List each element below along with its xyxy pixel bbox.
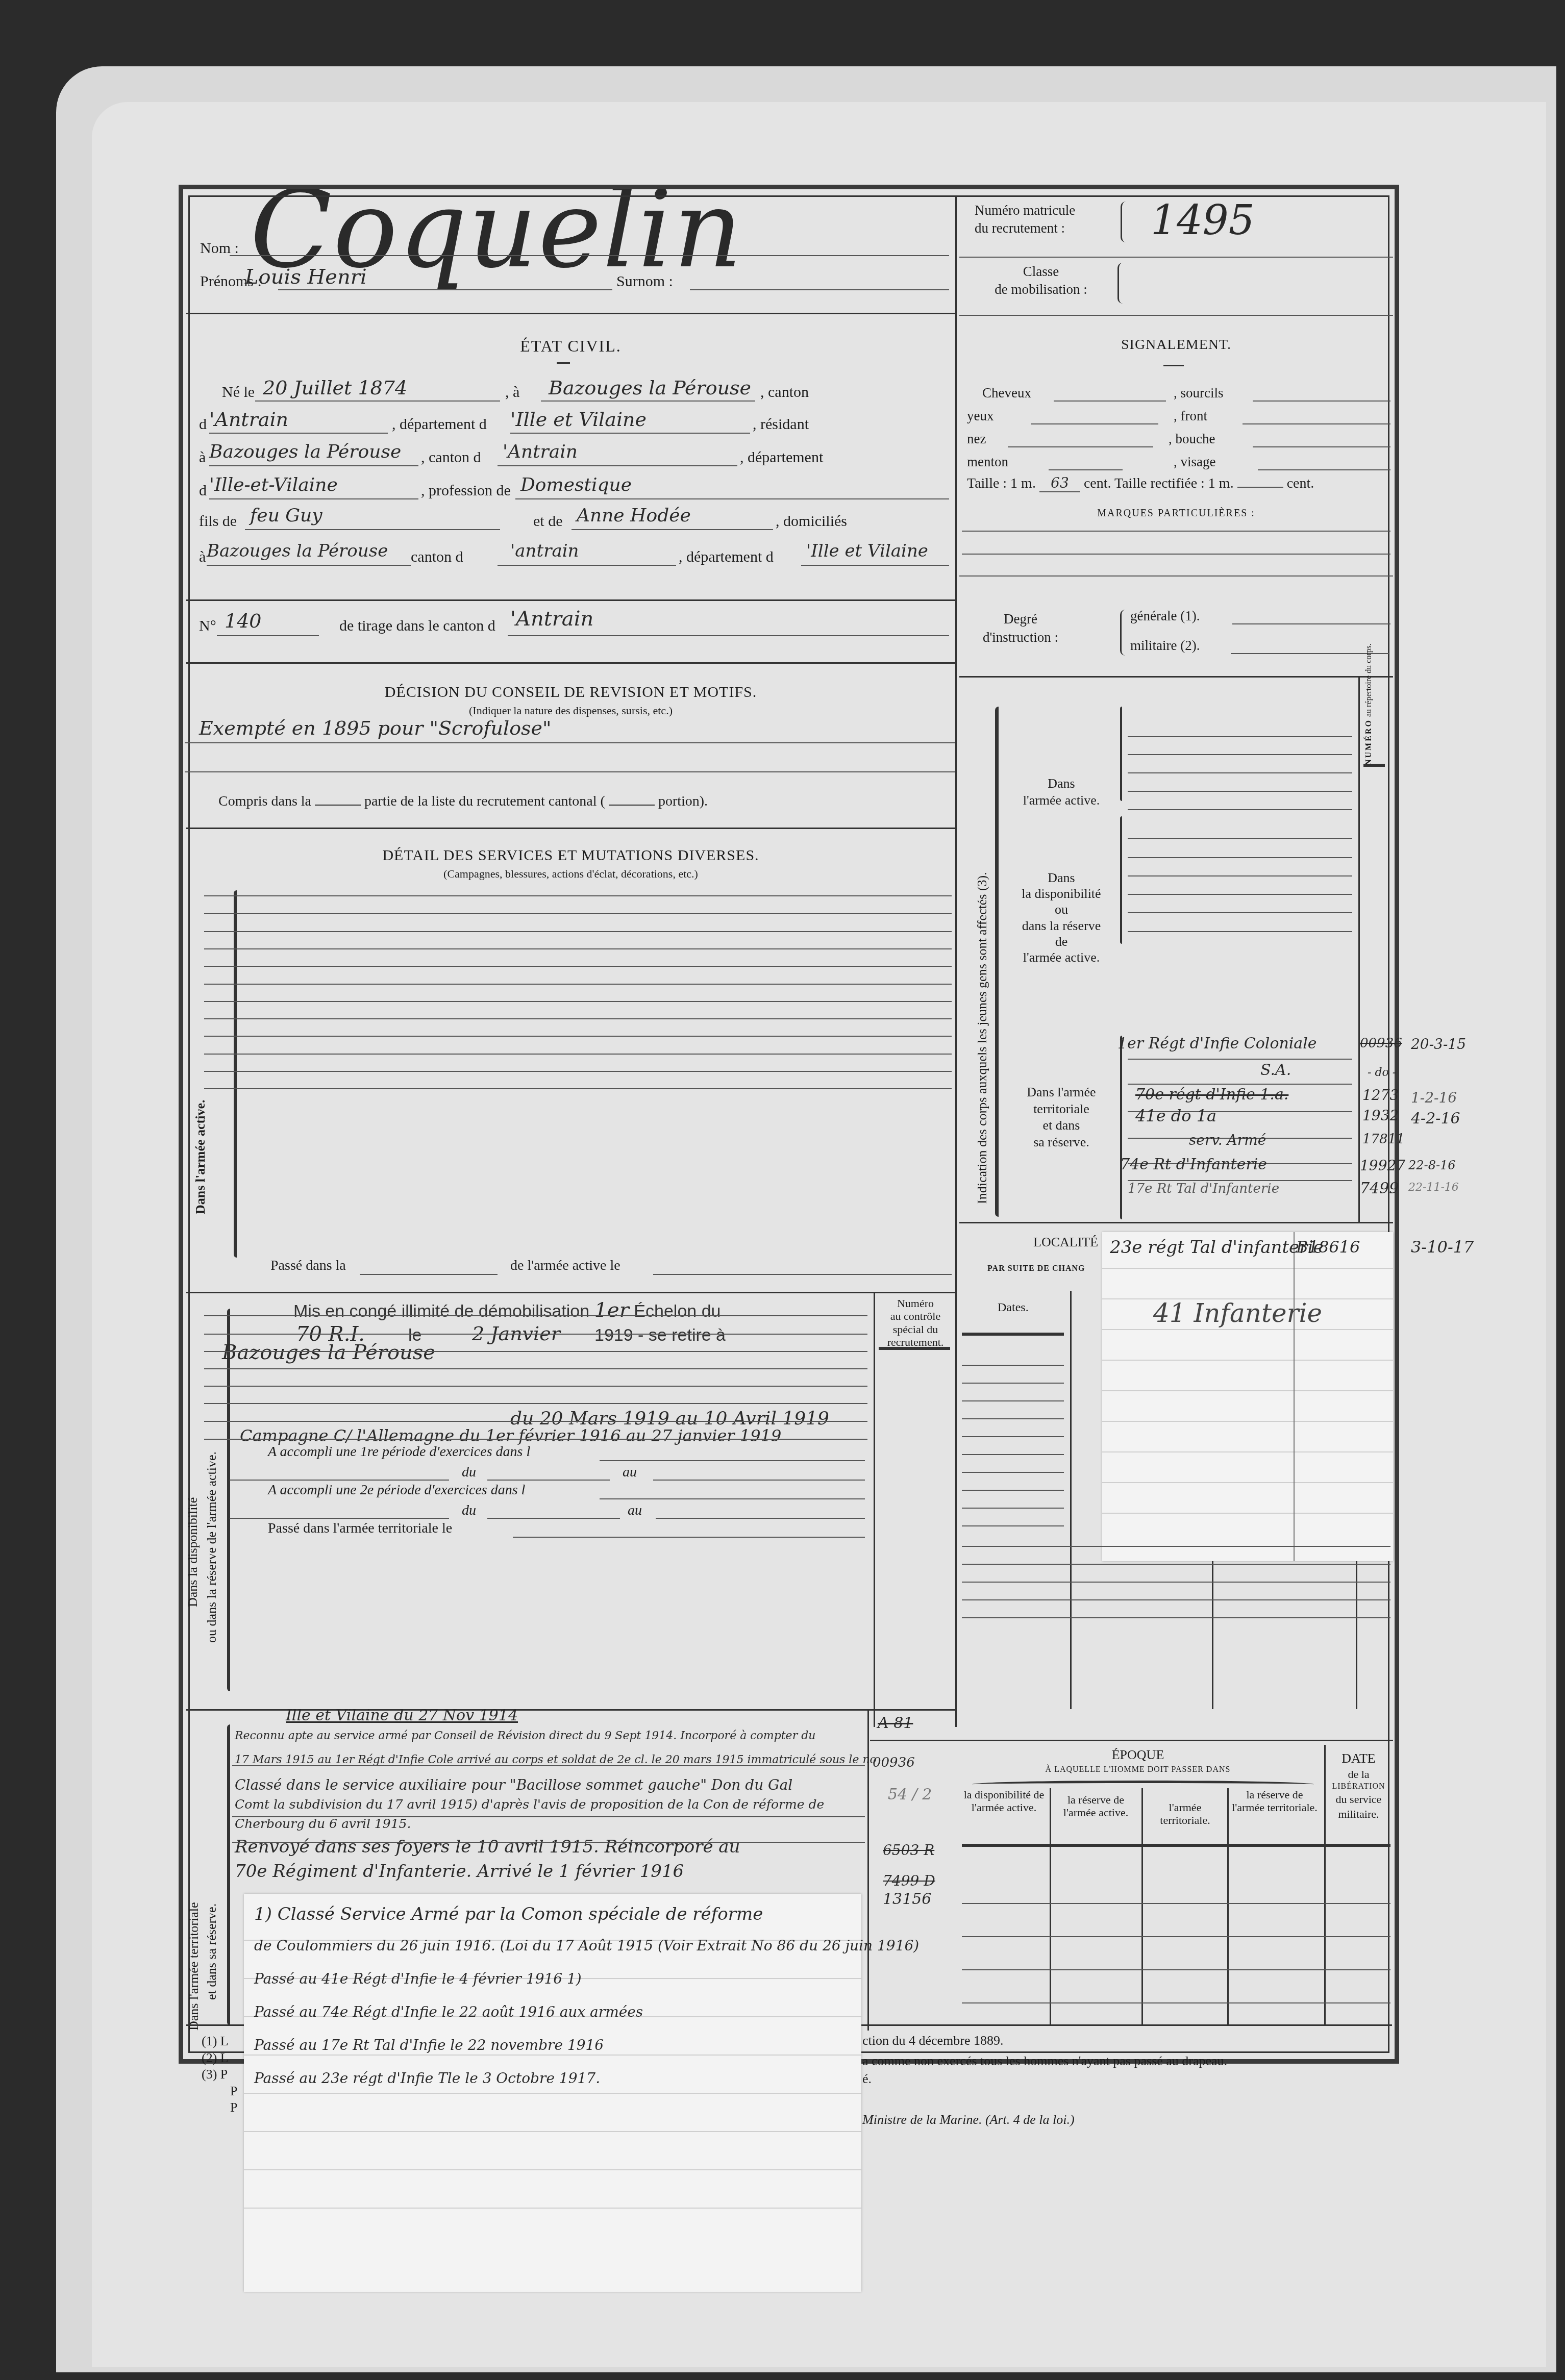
territoriale-line bbox=[232, 1765, 865, 1766]
corps-active-line bbox=[1128, 809, 1352, 810]
numero-repertoire-rule bbox=[1363, 764, 1385, 767]
cheveux-label: Cheveux bbox=[982, 385, 1031, 401]
departement-underline bbox=[510, 433, 750, 434]
numero-controle-header-line: Numéro bbox=[877, 1297, 954, 1310]
services-line bbox=[204, 1071, 952, 1072]
periode1-au-value bbox=[653, 1480, 865, 1481]
residant-canton-value: 'Antrain bbox=[503, 441, 578, 462]
slip-rule bbox=[1102, 1482, 1393, 1483]
stamp-lieu: Bazouges la Pérouse bbox=[222, 1341, 435, 1364]
date-liberation-line: du service bbox=[1327, 1792, 1390, 1807]
epoque-row-line bbox=[962, 1903, 1390, 1904]
footnote-markers: (1) L (2) L (3) P P P bbox=[202, 2033, 237, 2116]
margin-number: 13156 bbox=[883, 1890, 931, 1908]
corps-dispo-line bbox=[1128, 875, 1352, 876]
residant-value: Bazouges la Pérouse bbox=[209, 441, 401, 462]
corps-label-line: l'armée active. bbox=[1003, 792, 1120, 809]
slip-entry-41e: Passé au 41e Régt d'Infie le 4 février 1… bbox=[254, 1970, 582, 1987]
territoriale-side-label-1: Dans l'armée territoriale bbox=[186, 1755, 202, 2031]
numero-controle-header-line: spécial du bbox=[877, 1323, 954, 1336]
services-line bbox=[204, 1018, 952, 1019]
epoque-col-divider bbox=[1227, 1788, 1229, 2025]
tirage-canton-value: 'Antrain bbox=[510, 607, 593, 631]
date-liberation-line: DATE bbox=[1327, 1750, 1390, 1767]
decision-line-1 bbox=[185, 742, 955, 743]
compris-text: Compris dans la partie de la liste du re… bbox=[218, 793, 708, 810]
matricule-divider bbox=[959, 257, 1393, 258]
slip-rule bbox=[1102, 1513, 1393, 1514]
dispo-line bbox=[204, 1439, 867, 1440]
mere-underline bbox=[572, 529, 773, 530]
localite-row-line bbox=[962, 1383, 1064, 1384]
sourcils-label: , sourcils bbox=[1174, 385, 1224, 401]
date-liberation-line: LIBÉRATION bbox=[1327, 1782, 1390, 1792]
mere-value: Anne Hodée bbox=[577, 505, 691, 526]
disponibilite-side-label-2: ou dans la réserve de l'armée active. bbox=[204, 1337, 219, 1643]
corps-label-line: ou bbox=[1003, 901, 1120, 917]
bouche-underline bbox=[1253, 446, 1390, 447]
slip-rule bbox=[1102, 1421, 1393, 1422]
slip-rule bbox=[1102, 1451, 1393, 1452]
departement-value: 'Ille et Vilaine bbox=[510, 408, 647, 431]
epoque-row-line bbox=[962, 1936, 1390, 1937]
taille-cent-label: cent. bbox=[1084, 475, 1111, 491]
profession-label: , profession de bbox=[421, 482, 511, 499]
compris-part3: portion). bbox=[658, 793, 708, 809]
localite-row-line bbox=[962, 1400, 1064, 1401]
localite-row-line bbox=[962, 1525, 1064, 1526]
footnote-marker: (2) L bbox=[202, 2050, 237, 2067]
localite-row-line bbox=[962, 1436, 1064, 1437]
corps-row-numero: 19927 bbox=[1360, 1157, 1405, 1174]
slip-rule bbox=[1102, 1390, 1393, 1391]
epoque-date-divider bbox=[1324, 1745, 1326, 2025]
epoque-col-disponibilite: la disponibilité de l'armée active. bbox=[959, 1788, 1049, 1814]
periode1-underline bbox=[600, 1460, 865, 1461]
compris-part2: partie de la liste du recrutement canton… bbox=[364, 793, 605, 809]
slip-column-divider bbox=[1294, 1232, 1295, 1561]
footnotes-top-divider bbox=[186, 2024, 244, 2026]
periode2-label: A accompli une 2e période d'exercices da… bbox=[268, 1482, 525, 1498]
corps-row-numero: 17811 bbox=[1362, 1132, 1405, 1147]
corps-row-name: 17e Rt Tal d'Infanterie bbox=[1128, 1181, 1279, 1196]
corps-label-line: sa réserve. bbox=[1003, 1134, 1120, 1151]
matricule-label: Numéro matricule du recrutement : bbox=[975, 202, 1075, 237]
territoriale-entry: Comt la subdivision du 17 avril 1915) d'… bbox=[235, 1797, 824, 1812]
ne-le-label: Né le bbox=[222, 384, 255, 401]
prenoms-underline bbox=[278, 289, 612, 290]
canton-label: , canton bbox=[760, 384, 809, 401]
footnote-line-1: ction du 4 décembre 1889. bbox=[862, 2033, 1004, 2048]
passe-territoriale-label: Passé dans l'armée territoriale le bbox=[268, 1520, 452, 1537]
localite-row-line bbox=[962, 1617, 1390, 1618]
canton-value: 'Antrain bbox=[209, 408, 288, 431]
services-title: DÉTAIL DES SERVICES ET MUTATIONS DIVERSE… bbox=[186, 847, 955, 864]
residant-underline bbox=[209, 465, 418, 466]
et-de-label: et de bbox=[533, 513, 562, 530]
residant-prefix: à bbox=[199, 449, 206, 466]
taille-rectifiee-blank bbox=[1237, 487, 1283, 488]
periode2-du: du bbox=[462, 1502, 476, 1519]
localite-dates-rule bbox=[962, 1333, 1064, 1336]
numero-controle-header-line: au contrôle bbox=[877, 1310, 954, 1322]
territoriale-entry: Cherbourg du 6 avril 1915. bbox=[235, 1816, 411, 1831]
margin-number: 54 / 2 bbox=[888, 1786, 932, 1803]
slip-numero-23: B18616 bbox=[1296, 1237, 1360, 1257]
corps-row-date: 1-2-16 bbox=[1411, 1089, 1457, 1106]
footnote-line-3: é. bbox=[862, 2071, 872, 2087]
date-liberation-header: DATE de la LIBÉRATION du service militai… bbox=[1327, 1750, 1390, 1821]
services-line bbox=[204, 913, 952, 914]
nez-underline bbox=[1008, 446, 1153, 447]
corps-affectes-outer-brace bbox=[995, 707, 999, 1217]
stamp-text-1: Mis en congé illimité de démobilisation bbox=[293, 1301, 589, 1321]
services-line bbox=[204, 1001, 952, 1002]
sourcils-underline bbox=[1253, 400, 1390, 402]
decision-subtitle: (Indiquer la nature des dispenses, sursi… bbox=[186, 704, 955, 717]
periode2-du-value bbox=[487, 1518, 620, 1519]
stamp-echelon: 1er bbox=[594, 1298, 629, 1322]
etat-civil-bottom-divider bbox=[186, 599, 955, 601]
corps-row-name: 74e Rt d'Infanterie bbox=[1120, 1156, 1267, 1173]
front-underline bbox=[1243, 423, 1390, 424]
services-line bbox=[204, 895, 952, 896]
yeux-underline bbox=[1031, 423, 1158, 424]
periode1-au: au bbox=[623, 1464, 637, 1481]
instruction-label: Degré d'instruction : bbox=[970, 610, 1072, 647]
services-line bbox=[204, 948, 952, 949]
corps-active-line bbox=[1128, 736, 1352, 737]
taille-value: 63 bbox=[1039, 474, 1080, 492]
compris-blank-1 bbox=[315, 805, 361, 806]
disponibilite-brace bbox=[227, 1309, 230, 1691]
epoque-col-territoriale: l'armée territoriale. bbox=[1143, 1801, 1227, 1827]
corps-dispo-line bbox=[1128, 894, 1352, 895]
corps-disponibilite-label: Dans la disponibilité ou dans la réserve… bbox=[1003, 870, 1120, 965]
margin-number: 6503 R bbox=[883, 1842, 934, 1859]
tirage-bottom-divider bbox=[186, 662, 955, 664]
residant-dept-value: 'Ille-et-Vilaine bbox=[209, 474, 338, 495]
taille-line: Taille : 1 m. 63 cent. Taille rectifiée … bbox=[967, 474, 1314, 492]
bouche-label: , bouche bbox=[1169, 431, 1215, 447]
corps-row-name: 41e do 1a bbox=[1135, 1106, 1216, 1125]
domicile-canton-underline bbox=[498, 565, 676, 566]
dispo-line bbox=[204, 1334, 867, 1335]
corps-row-name: S.A. bbox=[1260, 1061, 1291, 1079]
marques-line bbox=[962, 554, 1390, 555]
residant-dept-underline bbox=[209, 498, 418, 499]
decision-line-2 bbox=[185, 771, 955, 772]
corps-active-label: Dans l'armée active. bbox=[1003, 775, 1120, 809]
corps-territoriale-brace bbox=[1120, 1036, 1122, 1219]
territoriale-entry: Classé dans le service auxiliaire pour "… bbox=[235, 1776, 792, 1793]
margin-number: 00936 bbox=[873, 1755, 915, 1770]
matricule-value: 1495 bbox=[1151, 196, 1255, 244]
footnote-line-5: Ministre de la Marine. (Art. 4 de la loi… bbox=[862, 2112, 1075, 2127]
localite-dates-divider bbox=[1070, 1291, 1072, 1709]
domicile-value: Bazouges la Pérouse bbox=[207, 541, 388, 561]
corps-label-line: la disponibilité bbox=[1003, 886, 1120, 901]
taille-label: Taille : 1 m. bbox=[967, 475, 1036, 491]
instruction-divider bbox=[959, 676, 1393, 678]
demobilisation-stamp: Mis en congé illimité de démobilisation … bbox=[293, 1298, 721, 1322]
corps-row-numero: 1932 bbox=[1362, 1107, 1399, 1124]
corps-row-numero: 1273 bbox=[1362, 1087, 1399, 1104]
a-label: , à bbox=[505, 384, 519, 401]
corps-row-numero: 00936 bbox=[1360, 1036, 1402, 1051]
services-line bbox=[204, 931, 952, 932]
corps-label-line: Dans bbox=[1003, 775, 1120, 792]
passe-territoriale-underline bbox=[513, 1537, 865, 1538]
corps-label-line: dans la réserve bbox=[1003, 918, 1120, 934]
periode2-au: au bbox=[628, 1502, 642, 1519]
numero-controle-header-rule bbox=[879, 1347, 950, 1350]
dispo-line bbox=[204, 1351, 867, 1352]
localite-row-line bbox=[962, 1546, 1390, 1547]
services-line bbox=[204, 984, 952, 985]
territoriale-entry: Reconnu apte au service armé par Conseil… bbox=[235, 1730, 815, 1742]
footnote-marker: P bbox=[202, 2083, 237, 2100]
yeux-label: yeux bbox=[967, 408, 993, 424]
slip-rule bbox=[244, 2208, 861, 2209]
instruction-generale-label: générale (1). bbox=[1130, 608, 1200, 624]
corps-row-numero: - do - bbox=[1368, 1066, 1396, 1079]
slip-rule bbox=[1102, 1268, 1393, 1269]
corps-active-line bbox=[1128, 772, 1352, 773]
slip-rule bbox=[244, 2055, 861, 2056]
corps-label-line: de bbox=[1003, 934, 1120, 949]
slip-rule bbox=[1102, 1360, 1393, 1361]
numero-repertoire-header: NUMÉRO au répertoire du corps. bbox=[1363, 679, 1375, 765]
instruction-militaire-label: militaire (2). bbox=[1130, 638, 1200, 654]
localite-col-divider bbox=[1356, 1561, 1357, 1709]
nez-label: nez bbox=[967, 431, 986, 447]
services-line bbox=[204, 966, 952, 967]
dispo-line bbox=[204, 1315, 867, 1316]
ne-le-underline bbox=[255, 400, 500, 402]
menton-underline bbox=[1049, 469, 1123, 470]
numero-controle-header: Numéro au contrôle spécial du recrutemen… bbox=[877, 1297, 954, 1348]
classe-label-line: de mobilisation : bbox=[970, 281, 1112, 298]
menton-label: menton bbox=[967, 454, 1008, 470]
dispo-line bbox=[204, 1403, 867, 1404]
localite-row-line bbox=[962, 1418, 1064, 1419]
classe-brace bbox=[1117, 263, 1123, 304]
tirage-canton-label: de tirage dans le canton d bbox=[339, 617, 495, 635]
localite-row-line bbox=[962, 1508, 1064, 1509]
nom-label: Nom : bbox=[200, 240, 239, 257]
surnom-label: Surnom : bbox=[616, 273, 673, 290]
taille-rectifiee-label: Taille rectifiée : 1 m. bbox=[1114, 475, 1234, 491]
territoriale-entry: 17 Mars 1915 au 1er Régt d'Infie Cole ar… bbox=[235, 1753, 877, 1766]
corps-row-date: 22-8-16 bbox=[1408, 1158, 1456, 1172]
periode1-du: du bbox=[462, 1464, 476, 1481]
visage-underline bbox=[1258, 469, 1390, 470]
prenoms-value: Louis Henri bbox=[245, 265, 367, 289]
corps-row-line bbox=[1128, 1084, 1352, 1085]
cheveux-underline bbox=[1054, 400, 1166, 402]
corps-affectes-bottom-divider bbox=[959, 1222, 1393, 1223]
epoque-title: ÉPOQUE bbox=[959, 1747, 1316, 1763]
numero-repertoire-header-2: au répertoire du corps. bbox=[1364, 643, 1373, 717]
profession-value: Domestique bbox=[520, 474, 632, 495]
corps-row-line bbox=[1128, 1059, 1352, 1060]
dispo-line bbox=[204, 1368, 867, 1369]
corps-dispo-line bbox=[1128, 912, 1352, 913]
corps-active-brace bbox=[1120, 707, 1122, 801]
signalement-rule bbox=[1163, 365, 1184, 366]
instruction-brace bbox=[1120, 610, 1126, 656]
lieu-naissance-underline bbox=[541, 400, 755, 402]
tirage-numero-underline bbox=[217, 635, 319, 636]
marques-label: MARQUES PARTICULIÈRES : bbox=[959, 508, 1393, 519]
services-active-side-label: Dans l'armée active. bbox=[193, 1010, 208, 1214]
visage-label: , visage bbox=[1174, 454, 1215, 470]
passe-dans-la-label: Passé dans la bbox=[270, 1258, 346, 1274]
numero-repertoire-divider bbox=[1358, 676, 1360, 1222]
localite-row-line bbox=[962, 1472, 1064, 1473]
residant-dept-prefix: d bbox=[199, 482, 207, 499]
localite-dates-header: Dates. bbox=[998, 1301, 1029, 1315]
corps-dispo-line bbox=[1128, 857, 1352, 858]
epoque-header-rule bbox=[962, 1844, 1390, 1847]
classe-label-line: Classe bbox=[970, 263, 1112, 281]
corps-disponibilite-brace bbox=[1120, 816, 1122, 944]
etat-civil-title: ÉTAT CIVIL. bbox=[186, 337, 955, 356]
canton-prefix: d bbox=[199, 416, 207, 433]
matricule-brace bbox=[1121, 202, 1126, 242]
epoque-row-line bbox=[962, 2002, 1390, 2003]
slip-rule bbox=[1102, 1329, 1393, 1330]
periode1-du-value bbox=[487, 1480, 610, 1481]
matricule-label-line: Numéro matricule bbox=[975, 202, 1075, 219]
slip-entry-74e: Passé au 74e Régt d'Infie le 22 août 191… bbox=[254, 2003, 643, 2020]
periode2-du-blank bbox=[230, 1518, 449, 1519]
surnom-underline bbox=[690, 289, 949, 290]
canton-underline bbox=[209, 433, 388, 434]
instruction-generale-underline bbox=[1232, 623, 1390, 624]
residant-label: , résidant bbox=[753, 416, 809, 433]
services-line bbox=[204, 1036, 952, 1037]
corps-row-name: serv. Armé bbox=[1189, 1132, 1266, 1148]
slip-41-infanterie: 41 Infanterie bbox=[1153, 1298, 1322, 1328]
localite-subtitle: PAR SUITE DE CHANG bbox=[987, 1264, 1085, 1273]
passe-dans-la-underline bbox=[360, 1274, 498, 1275]
corps-active-line bbox=[1128, 754, 1352, 755]
periode1-label: A accompli une 1re période d'exercices d… bbox=[268, 1444, 530, 1460]
residant-canton-label: , canton d bbox=[421, 449, 481, 466]
footnote-line-2: a comme non exercés tous les hommes n'ay… bbox=[862, 2053, 1227, 2069]
pasted-slip-right: 23e régt Tal d'infanterie B18616 41 Infa… bbox=[1102, 1232, 1393, 1561]
stamp-text-1b: Échelon du bbox=[634, 1301, 721, 1321]
footnote-marker: (1) L bbox=[202, 2033, 237, 2050]
identity-divider bbox=[186, 313, 955, 314]
periode2-au-value bbox=[656, 1518, 865, 1519]
residant-canton-underline bbox=[498, 465, 737, 466]
slip-rule bbox=[244, 2131, 861, 2132]
corps-affectes-side-label: Indication des corps auxquels les jeunes… bbox=[975, 724, 990, 1204]
corps-active-line bbox=[1128, 791, 1352, 792]
margin-number: A 81 bbox=[878, 1714, 913, 1732]
dispo-line bbox=[204, 1421, 867, 1422]
marques-divider bbox=[959, 575, 1393, 577]
localite-row-line bbox=[962, 1365, 1064, 1366]
nom-underline bbox=[230, 255, 949, 256]
services-line bbox=[204, 1054, 952, 1055]
territoriale-brace bbox=[227, 1724, 230, 2025]
localite-row-line bbox=[962, 1564, 1390, 1565]
corps-row-numero: 7499 bbox=[1360, 1180, 1399, 1197]
corps-territoriale-label: Dans l'armée territoriale et dans sa rés… bbox=[1003, 1084, 1120, 1150]
classe-divider bbox=[959, 315, 1393, 316]
pere-value: feu Guy bbox=[250, 505, 322, 526]
tirage-numero-value: 140 bbox=[225, 610, 262, 632]
footnote-marker: P bbox=[202, 2099, 237, 2116]
corps-row-date: 4-2-16 bbox=[1411, 1110, 1460, 1128]
services-bottom-divider bbox=[186, 1292, 955, 1293]
slip-entry-17e: Passé au 17e Rt Tal d'Infie le 22 novemb… bbox=[254, 2037, 604, 2053]
slip-regiment-23: 23e régt Tal d'infanterie bbox=[1110, 1237, 1323, 1258]
tirage-numero-label: N° bbox=[199, 617, 216, 635]
slip-entry-classe-arme: 1) Classé Service Armé par la Comon spéc… bbox=[254, 1904, 763, 1924]
profession-underline bbox=[515, 498, 949, 499]
epoque-brace bbox=[972, 1781, 1314, 1788]
main-column-divider bbox=[955, 196, 957, 1727]
domicile-dept-value: 'Ille et Vilaine bbox=[806, 541, 928, 561]
localite-row-line bbox=[962, 1582, 1390, 1583]
territoriale-entry: Ille et Vilaine du 27 Nov 1914 bbox=[286, 1707, 518, 1724]
corps-dispo-line bbox=[1128, 838, 1352, 839]
compris-blank-2 bbox=[609, 805, 655, 806]
slip-rule bbox=[244, 2169, 861, 2170]
front-label: , front bbox=[1174, 408, 1207, 424]
corps-label-line: Dans l'armée bbox=[1003, 1084, 1120, 1101]
fils-de-label: fils de bbox=[199, 513, 237, 530]
domicile-dept-label: , département d bbox=[679, 548, 774, 566]
pere-underline bbox=[245, 529, 500, 530]
pasted-slip-bottom: 1) Classé Service Armé par la Comon spéc… bbox=[244, 1894, 861, 2292]
matricule-label-line: du recrutement : bbox=[975, 219, 1075, 237]
epoque-row-line bbox=[962, 1969, 1390, 1970]
instruction-label-line: Degré bbox=[970, 610, 1072, 628]
services-line bbox=[204, 1088, 952, 1089]
territoriale-line bbox=[232, 1842, 865, 1843]
localite-row-line bbox=[962, 1490, 1064, 1491]
epoque-col-reserve-active: la réserve de l'armée active. bbox=[1051, 1793, 1140, 1819]
slip-rule bbox=[244, 2093, 861, 2094]
territoriale-entry: 70e Régiment d'Infanterie. Arrivé le 1 f… bbox=[235, 1861, 684, 1882]
epoque-subtitle: À LAQUELLE L'HOMME DOIT PASSER DANS bbox=[959, 1765, 1316, 1774]
armee-active-le-underline bbox=[653, 1274, 952, 1275]
decision-bottom-divider bbox=[186, 828, 955, 829]
domicile-canton-value: 'antrain bbox=[510, 541, 579, 561]
corps-row-date-23: 3-10-17 bbox=[1411, 1237, 1474, 1257]
corps-label-line: l'armée active. bbox=[1003, 949, 1120, 965]
epoque-col-divider bbox=[1050, 1788, 1051, 2025]
corps-label-line: Dans bbox=[1003, 870, 1120, 886]
localite-title: LOCALITÉ bbox=[1033, 1235, 1098, 1250]
numero-repertoire-header-1: NUMÉRO bbox=[1364, 719, 1373, 765]
localite-col-divider bbox=[1212, 1561, 1213, 1709]
slip-entry-23e: Passé au 23e régt d'Infie Tle le 3 Octob… bbox=[254, 2070, 600, 2087]
margin-number: 7499 D bbox=[883, 1872, 935, 1889]
footnote-marker: (3) P bbox=[202, 2066, 237, 2083]
localite-row-line bbox=[962, 1599, 1390, 1600]
lieu-naissance-value: Bazouges la Pérouse bbox=[549, 377, 751, 399]
etat-civil-rule bbox=[557, 362, 570, 364]
corps-row-date: 20-3-15 bbox=[1411, 1036, 1466, 1053]
residant-dept-label: , département bbox=[740, 449, 823, 466]
